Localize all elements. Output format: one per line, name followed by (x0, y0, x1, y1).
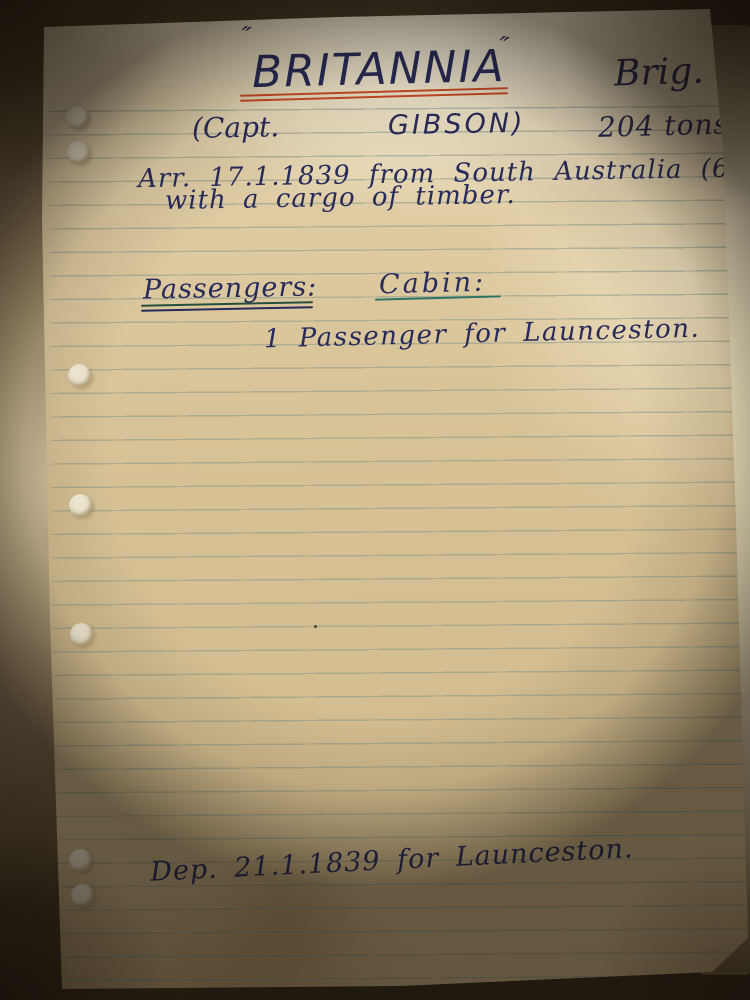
captain-name: GIBSON) (388, 108, 526, 141)
vessel-type: Brig. (613, 50, 704, 94)
photographed-document: ″ BRITANNIA ″ Brig. (Capt. GIBSON) 204 t… (0, 0, 750, 1000)
punch-hole (69, 494, 92, 517)
punch-hole (70, 623, 93, 646)
tonnage: 204 tons. (598, 107, 740, 144)
punch-hole (68, 364, 91, 387)
captain-prefix: (Capt. (192, 110, 280, 145)
punch-hole (67, 141, 90, 164)
cargo-line: with a cargo of timber. (165, 180, 516, 216)
ruled-notepaper: ″ BRITANNIA ″ Brig. (Capt. GIBSON) 204 t… (0, 0, 750, 1000)
ink-speck (314, 625, 317, 628)
punch-hole (71, 884, 94, 907)
passengers-heading: Passengers: (143, 271, 318, 305)
punch-hole (66, 106, 89, 129)
punch-hole (69, 849, 92, 872)
open-quote-mark: ″ (237, 21, 253, 52)
close-quote-mark: ″ (495, 31, 511, 62)
